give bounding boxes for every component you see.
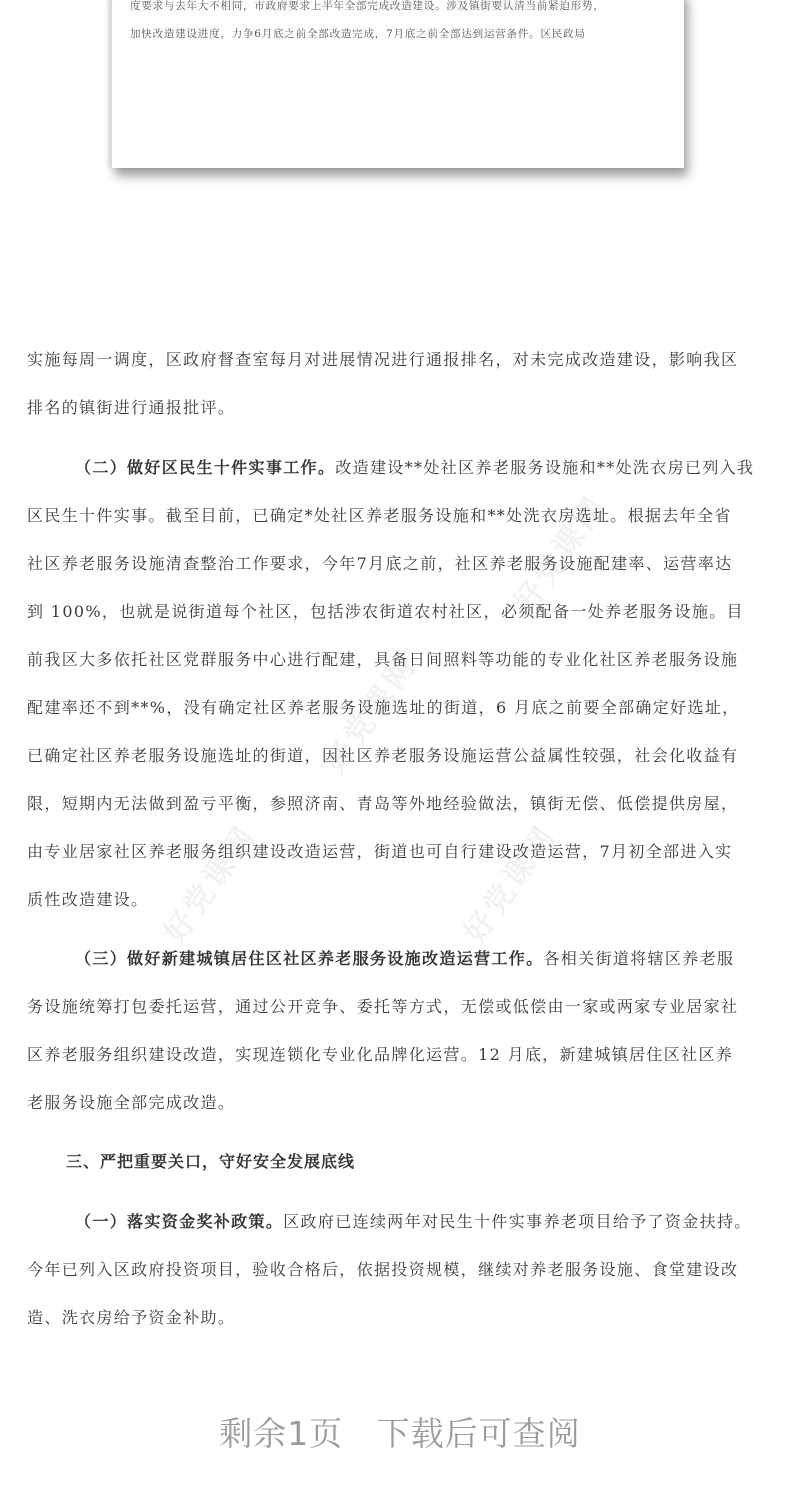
text-line: 排名的镇街进行通报批评。	[27, 395, 235, 418]
text-line: 质性改造建设。	[27, 887, 148, 910]
text-line: 前我区大多依托社区党群服务中心进行配建，具备日间照料等功能的专业化社区养老服务设…	[27, 647, 738, 670]
text-line: 限，短期内无法做到盈亏平衡，参照济南、青岛等外地经验做法，镇街无偿、低偿提供房屋…	[27, 791, 738, 814]
text-line: 实施每周一调度，区政府督查室每月对进展情况进行通报排名，对未完成改造建设，影响我…	[27, 347, 738, 370]
remaining-pages-label: 剩余1页	[219, 1414, 343, 1453]
download-hint-label: 下载后可查阅	[377, 1414, 581, 1453]
text-span: 改造建设**处社区养老服务设施和**处洗衣房已列入我	[335, 458, 754, 477]
text-line: 到 100%，也就是说街道每个社区，包括涉农街道农村社区，必须配备一处养老服务设…	[27, 599, 744, 622]
paragraph-heading: （三）做好新建城镇居住区社区养老服务设施改造运营工作。	[75, 949, 543, 968]
text-line: 由专业居家社区养老服务组织建设改造运营，街道也可自行建设改造运营，7月初全部进入…	[27, 839, 733, 862]
text-line: 务设施统筹打包委托运营，通过公开竞争、委托等方式，无偿或低偿由一家或两家专业居家…	[27, 994, 738, 1017]
section-heading: 三、严把重要关口，守好安全发展底线	[66, 1149, 355, 1172]
paragraph-first-line: （三）做好新建城镇居住区社区养老服务设施改造运营工作。各相关街道将辖区养老服	[75, 946, 734, 969]
paragraph-first-line: （一）落实资金奖补政策。区政府已连续两年对民生十件实事养老项目给予了资金扶持。	[75, 1209, 752, 1232]
text-span: 区政府已连续两年对民生十件实事养老项目给予了资金扶持。	[283, 1212, 751, 1231]
watermark: 好党课网	[451, 814, 565, 951]
watermark: 好党课网	[151, 814, 265, 951]
preview-line: 度要求与去年大不相同，市政府要求上半年全部完成改造建设。涉及镇街要认清当前紧迫形…	[130, 0, 666, 13]
text-line: 配建率还不到**%，没有确定社区养老服务设施选址的街道，6 月底之前要全部确定好…	[27, 695, 740, 718]
text-line: 社区养老服务设施清查整治工作要求，今年7月底之前，社区养老服务设施配建率、运营率…	[27, 551, 733, 574]
preview-line: 加快改造建设进度，力争6月底之前全部改造完成，7月底之前全部达到运营条件。区民政…	[130, 26, 666, 41]
text-line: 今年已列入区政府投资项目，验收合格后，依据投资规模，继续对养老服务设施、食堂建设…	[27, 1257, 738, 1280]
paragraph-heading: （二）做好区民生十件实事工作。	[75, 458, 335, 477]
text-line: 已确定社区养老服务设施选址的街道，因社区养老服务设施运营公益属性较强，社会化收益…	[27, 743, 738, 766]
text-line: 区养老服务组织建设改造，实现连锁化专业化品牌化运营。12 月底，新建城镇居住区社…	[27, 1042, 733, 1065]
text-span: 各相关街道将辖区养老服	[543, 949, 734, 968]
download-prompt[interactable]: 剩余1页 下载后可查阅	[0, 1408, 800, 1455]
text-line: 老服务设施全部完成改造。	[27, 1090, 235, 1113]
preview-page-card: 度要求与去年大不相同，市政府要求上半年全部完成改造建设。涉及镇街要认清当前紧迫形…	[111, 0, 684, 168]
paragraph-heading: （一）落实资金奖补政策。	[75, 1212, 283, 1231]
text-line: 造、洗衣房给予资金补助。	[27, 1305, 235, 1328]
text-line: 区民生十件实事。截至目前，已确定*处社区养老服务设施和**处洗衣房选址。根据去年…	[27, 503, 732, 526]
paragraph-first-line: （二）做好区民生十件实事工作。改造建设**处社区养老服务设施和**处洗衣房已列入…	[75, 455, 754, 478]
